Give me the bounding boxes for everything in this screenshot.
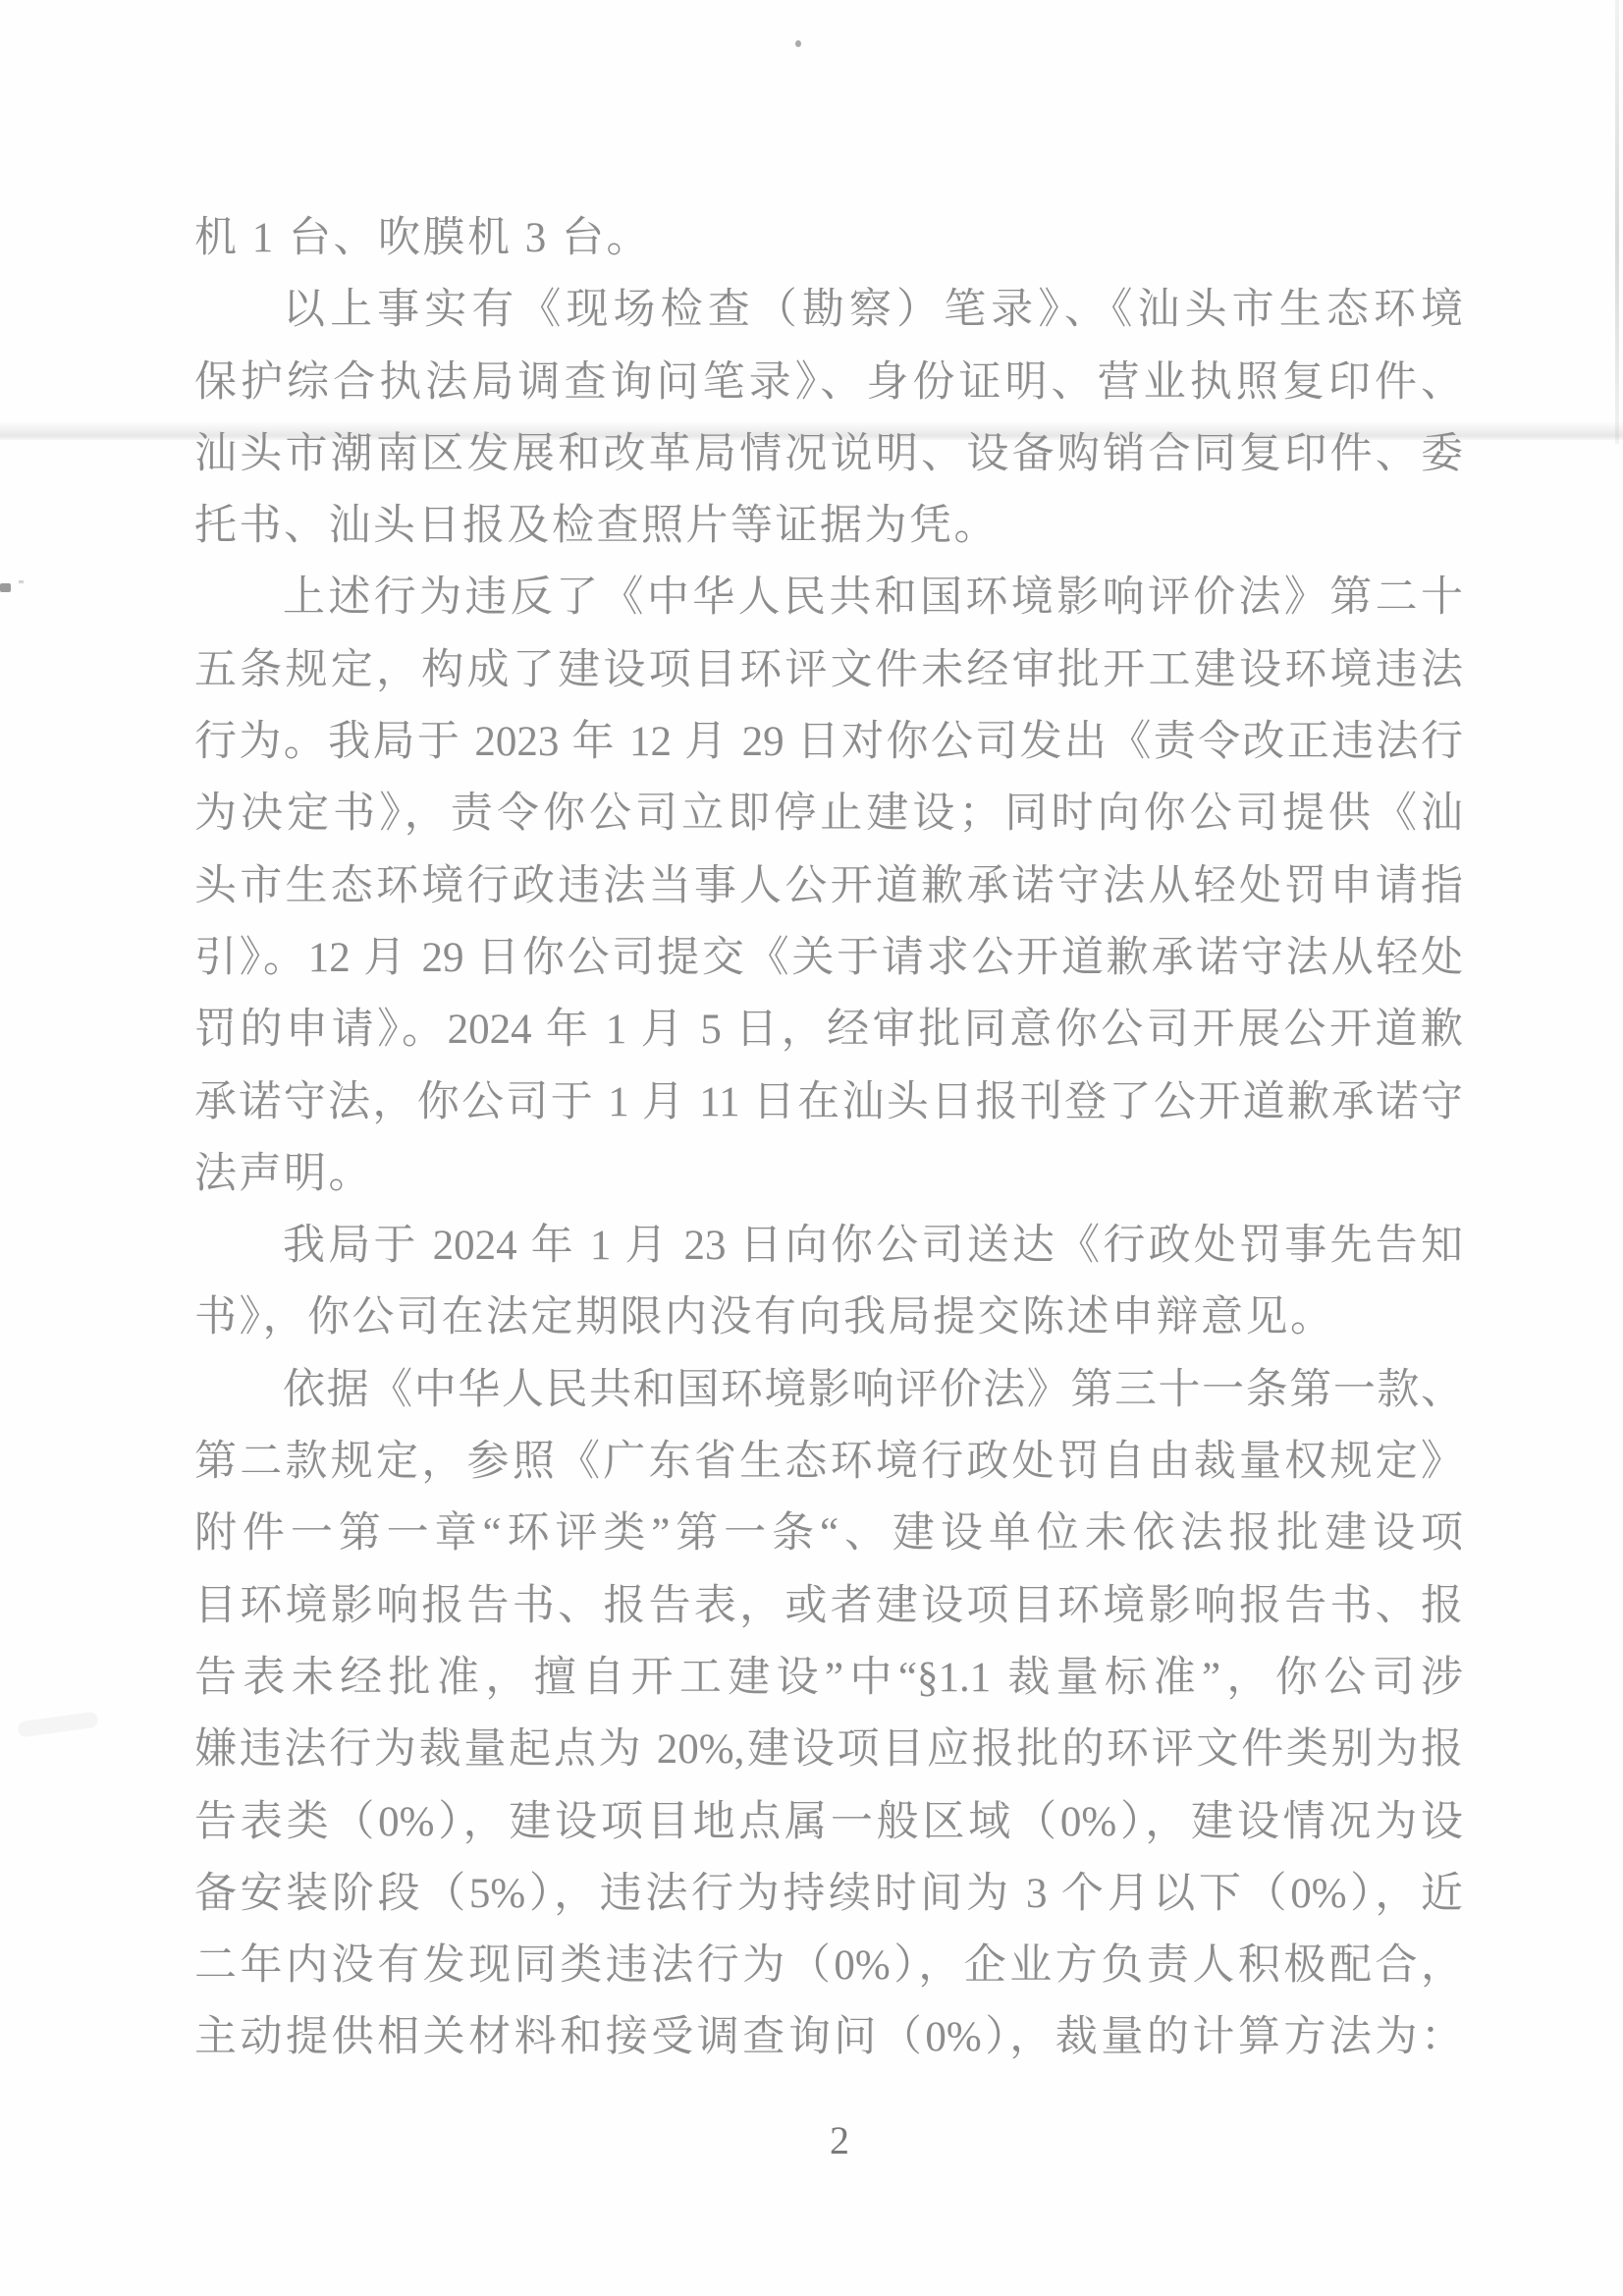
scanner-streak-vertical	[1615, 0, 1619, 444]
text-line: 机 1 台、吹膜机 3 台。	[194, 202, 1463, 274]
page-number: 2	[0, 2111, 1623, 2170]
text-line: 行为。我局于 2023 年 12 月 29 日对你公司发出《责令改正违法行	[194, 706, 1463, 778]
text-line: 五条规定，构成了建设项目环评文件未经审批开工建设环境违法	[194, 634, 1463, 706]
text-line: 法声明。	[194, 1138, 1463, 1210]
text-line: 依据《中华人民共和国环境影响评价法》第三十一条第一款、	[194, 1354, 1463, 1426]
text-line: 引》。12 月 29 日你公司提交《关于请求公开道歉承诺守法从轻处	[194, 922, 1463, 994]
text-line: 我局于 2024 年 1 月 23 日向你公司送达《行政处罚事先告知	[194, 1210, 1463, 1282]
text-line: 上述行为违反了《中华人民共和国环境影响评价法》第二十	[194, 562, 1463, 633]
text-line: 二年内没有发现同类违法行为（0%），企业方负责人积极配合，	[194, 1930, 1463, 2001]
scanned-document-page: 机 1 台、吹膜机 3 台。以上事实有《现场检查（勘察）笔录》、《汕头市生态环境…	[0, 0, 1623, 2296]
text-line: 保护综合执法局调查询问笔录》、身份证明、营业执照复印件、	[194, 347, 1463, 418]
text-line: 以上事实有《现场检查（勘察）笔录》、《汕头市生态环境	[194, 274, 1463, 346]
text-line: 头市生态环境行政违法当事人公开道歉承诺守法从轻处罚申请指	[194, 850, 1463, 922]
text-line: 为决定书》，责令你公司立即停止建设；同时向你公司提供《汕	[194, 778, 1463, 849]
text-line: 告表未经批准，擅自开工建设”中“§1.1 裁量标准”，你公司涉	[194, 1642, 1463, 1714]
text-line: 承诺守法，你公司于 1 月 11 日在汕头日报刊登了公开道歉承诺守	[194, 1066, 1463, 1138]
document-body: 机 1 台、吹膜机 3 台。以上事实有《现场检查（勘察）笔录》、《汕头市生态环境…	[194, 202, 1463, 2074]
text-line: 托书、汕头日报及检查照片等证据为凭。	[194, 490, 1463, 562]
text-line: 目环境影响报告书、报告表，或者建设项目环境影响报告书、报	[194, 1570, 1463, 1642]
text-line: 书》，你公司在法定期限内没有向我局提交陈述申辩意见。	[194, 1282, 1463, 1353]
scan-speck-icon	[795, 40, 801, 47]
text-line: 嫌违法行为裁量起点为 20%,建设项目应报批的环评文件类别为报	[194, 1714, 1463, 1785]
text-line: 汕头市潮南区发展和改革局情况说明、设备购销合同复印件、委	[194, 418, 1463, 490]
text-line: 第二款规定，参照《广东省生态环境行政处罚自由裁量权规定》	[194, 1426, 1463, 1498]
text-line: 主动提供相关材料和接受调查询问（0%），裁量的计算方法为：	[194, 2001, 1463, 2073]
text-line: 附件一第一章“环评类”第一条“、建设单位未依法报批建设项	[194, 1498, 1463, 1569]
scan-smudge	[17, 1711, 98, 1737]
text-line: 备安装阶段（5%），违法行为持续时间为 3 个月以下（0%），近	[194, 1858, 1463, 1930]
text-line: 罚的申请》。2024 年 1 月 5 日，经审批同意你公司开展公开道歉	[194, 994, 1463, 1066]
text-line: 告表类（0%），建设项目地点属一般区域（0%），建设情况为设	[194, 1786, 1463, 1858]
scan-speck-left-edge-icon	[0, 583, 11, 592]
